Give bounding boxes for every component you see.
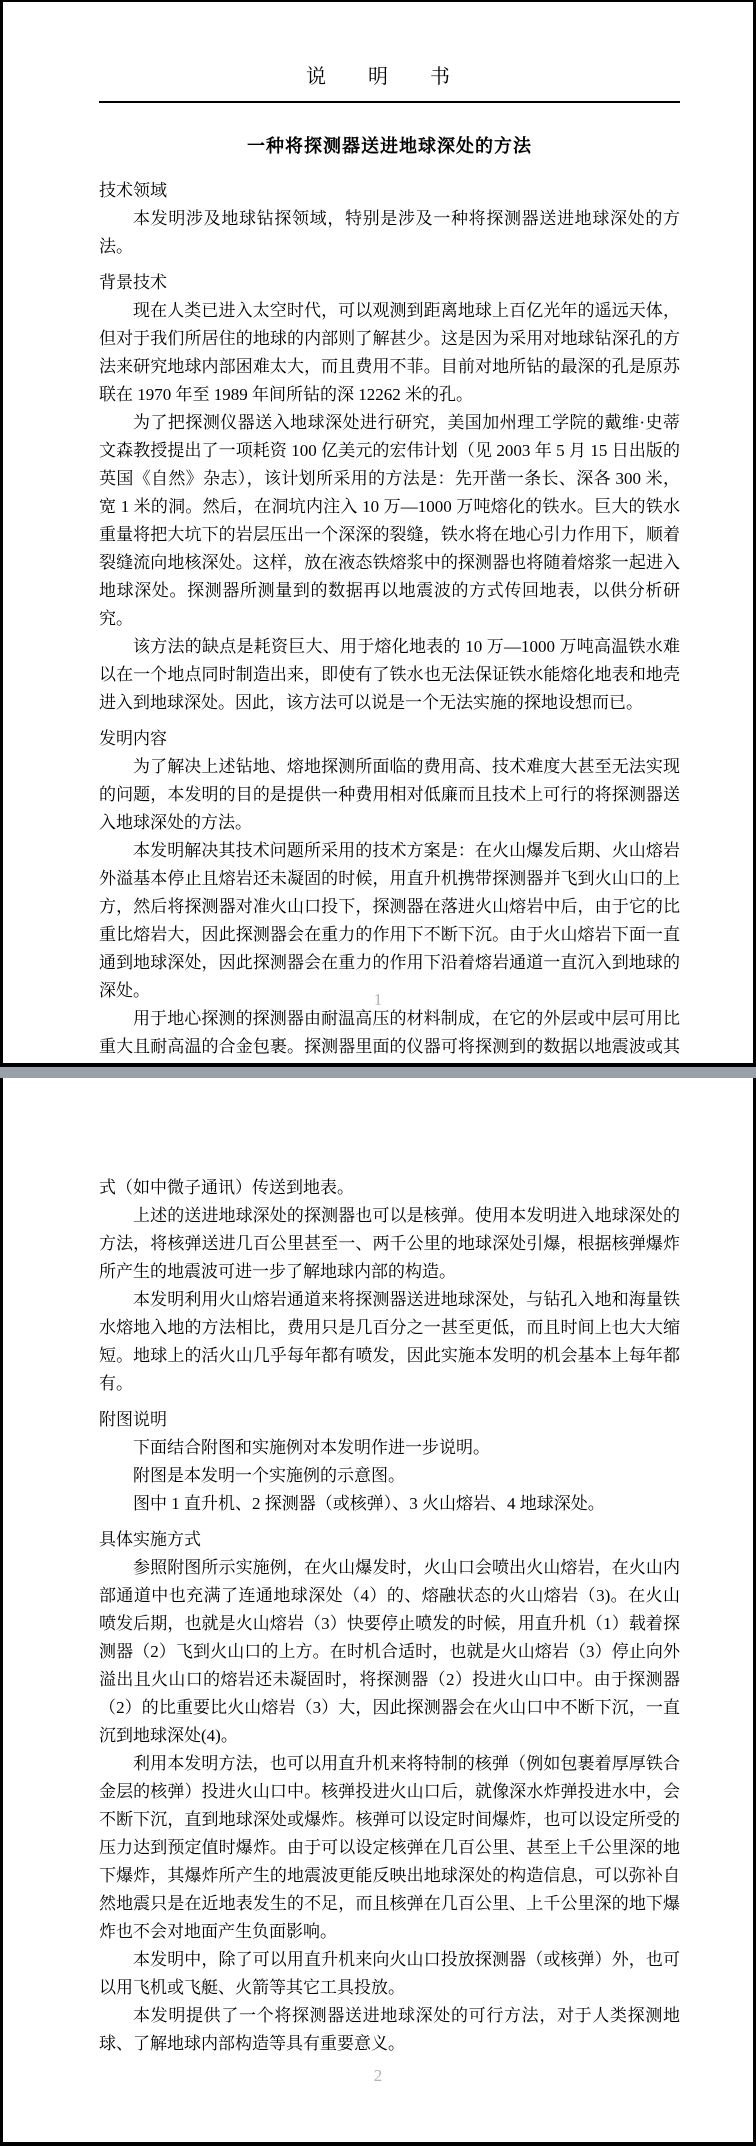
paragraph-embodiments-3: 本发明中，除了可以用直升机来向火山口投放探测器（或核弹）外，也可以用飞机或飞艇、…: [99, 1946, 680, 2002]
header-rule: [99, 101, 680, 103]
page-number: 1: [3, 990, 753, 1010]
paragraph-embodiments-2: 利用本发明方法，也可以用直升机来将特制的核弹（例如包裹着厚厚铁合金层的核弹）投进…: [99, 1750, 680, 1946]
page-1: 说明书 一种将探测器送进地球深处的方法 技术领域 本发明涉及地球钻探领域，特别是…: [0, 0, 756, 1067]
section-heading-background-art: 背景技术: [99, 269, 680, 297]
paragraph-background-3: 该方法的缺点是耗资巨大、用于熔化地表的 10 万—1000 万吨高温铁水难以在一…: [99, 633, 680, 717]
paragraph-drawings-3: 图中 1 直升机、2 探测器（或核弹）、3 火山熔岩、4 地球深处。: [99, 1490, 680, 1518]
paragraph-technical-field: 本发明涉及地球钻探领域，特别是涉及一种将探测器送进地球深处的方法。: [99, 205, 680, 261]
page-2: 式（如中微子通讯）传送到地表。 上述的送进地球深处的探测器也可以是核弹。使用本发…: [0, 1078, 756, 2146]
section-heading-drawings: 附图说明: [99, 1406, 680, 1434]
page-2-content: 式（如中微子通讯）传送到地表。 上述的送进地球深处的探测器也可以是核弹。使用本发…: [3, 1078, 753, 2058]
paragraph-background-1: 现在人类已进入太空时代，可以观测到距离地球上百亿光年的遥远天体，但对于我们所居住…: [99, 297, 680, 409]
doc-header-text: 说明书: [306, 66, 492, 88]
section-heading-technical-field: 技术领域: [99, 177, 680, 205]
paragraph-drawings-1: 下面结合附图和实施例对本发明作进一步说明。: [99, 1434, 680, 1462]
page-number: 2: [3, 2066, 753, 2086]
invention-title: 一种将探测器送进地球深处的方法: [99, 133, 680, 159]
section-heading-summary-of-invention: 发明内容: [99, 725, 680, 753]
page-1-content: 一种将探测器送进地球深处的方法 技术领域 本发明涉及地球钻探领域，特别是涉及一种…: [3, 101, 753, 1067]
paragraph-embodiments-1: 参照附图所示实施例，在火山爆发时，火山口会喷出火山熔岩，在火山内部通道中也充满了…: [99, 1554, 680, 1750]
paragraph-summary-1: 为了解决上述钻地、熔地探测所面临的费用高、技术难度大甚至无法实现的问题，本发明的…: [99, 753, 680, 837]
page-gap-divider: [0, 1067, 756, 1078]
paragraph-drawings-2: 附图是本发明一个实施例的示意图。: [99, 1462, 680, 1490]
document-viewer: 说明书 一种将探测器送进地球深处的方法 技术领域 本发明涉及地球钻探领域，特别是…: [0, 0, 756, 2146]
doc-header-specification: 说明书: [3, 64, 753, 90]
paragraph-summary-3-continued: 式（如中微子通讯）传送到地表。: [99, 1174, 680, 1202]
paragraph-background-2: 为了把探测仪器送入地球深处进行研究，美国加州理工学院的戴维·史蒂文森教授提出了一…: [99, 409, 680, 633]
paragraph-summary-3: 用于地心探测的探测器由耐温高压的材料制成，在它的外层或中层可用比重大且耐高温的合…: [99, 1005, 680, 1067]
paragraph-summary-2: 本发明解决其技术问题所采用的技术方案是：在火山爆发后期、火山熔岩外溢基本停止且熔…: [99, 837, 680, 1005]
paragraph-summary-5: 本发明利用火山熔岩通道来将探测器送进地球深处，与钻孔入地和海量铁水熔地入地的方法…: [99, 1286, 680, 1398]
paragraph-summary-4: 上述的送进地球深处的探测器也可以是核弹。使用本发明进入地球深处的方法，将核弹送进…: [99, 1202, 680, 1286]
paragraph-embodiments-4: 本发明提供了一个将探测器送进地球深处的可行方法，对于人类探测地球、了解地球内部构…: [99, 2002, 680, 2058]
section-heading-embodiments: 具体实施方式: [99, 1526, 680, 1554]
